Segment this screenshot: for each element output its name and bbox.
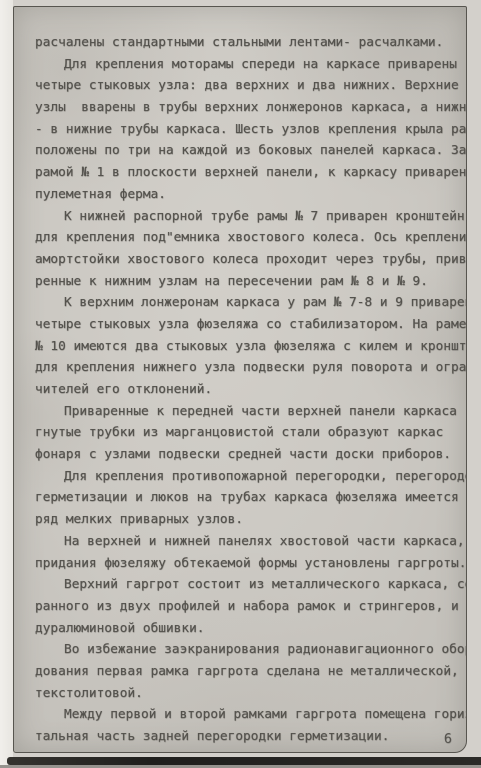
text-line: амортстойки хвостового колеса проходит ч… (35, 249, 463, 271)
text-line: ранного из двух профилей и набора рамок … (35, 596, 463, 618)
text-line: придания фюзеляжу обтекаемой формы устан… (35, 553, 463, 575)
text-line: К нижней распорной трубе рамы № 7 привар… (35, 206, 463, 228)
text-line: дования первая рамка гаргрота сделана не… (35, 661, 463, 683)
text-line: Во избежание заэкранирования радионавига… (35, 639, 463, 661)
text-line: для крепления под"емника хвостового коле… (35, 227, 463, 249)
document-page: расчалены стандартными стальными лентами… (13, 6, 467, 753)
text-line: К верхним лонжеронам каркаса у рам № 7-8… (35, 292, 463, 314)
text-line: Между первой и второй рамками гаргрота п… (35, 704, 463, 726)
text-line: узлы вварены в трубы верхних лонжеронов … (35, 97, 463, 119)
text-line: чителей его отклонений. (35, 379, 463, 401)
text-line: Для крепления противопожарной перегородк… (35, 466, 463, 488)
text-line: расчалены стандартными стальными лентами… (35, 32, 463, 54)
text-line: дуралюминовой обшивки. (35, 618, 463, 640)
text-line: тальная часть задней перегородки гермети… (35, 726, 463, 748)
text-line: текстолитовой. (35, 683, 463, 705)
text-line: На верхней и нижней панелях хвостовой ча… (35, 531, 463, 553)
text-line: Верхний гаргрот состоит из металлическог… (35, 574, 463, 596)
text-line: фонаря с узлами подвески средней части д… (35, 444, 463, 466)
scan-left-margin (0, 0, 13, 768)
scan-bottom-edge (7, 757, 481, 765)
text-line: ряд мелких приварных узлов. (35, 509, 463, 531)
text-line: четыре стыковых узла фюзеляжа со стабили… (35, 314, 463, 336)
text-line: рамой № 1 в плоскости верхней панели, к … (35, 162, 463, 184)
text-line: Для крепления моторамы спереди на каркас… (35, 54, 463, 76)
text-line: ренные к нижним узлам на пересечении рам… (35, 271, 463, 293)
text-line: четыре стыковых узла: два верхних и два … (35, 75, 463, 97)
text-line: гнутые трубки из марганцовистой стали об… (35, 422, 463, 444)
text-line: пулеметная ферма. (35, 184, 463, 206)
text-line: герметизации и люков на трубах каркаса ф… (35, 487, 463, 509)
text-block: расчалены стандартными стальными лентами… (35, 32, 463, 748)
page-number: 6 (444, 731, 452, 747)
text-line: положены по три на каждой из боковых пан… (35, 140, 463, 162)
text-line: № 10 имеются два стыковых узла фюзеляжа … (35, 336, 463, 358)
text-line: для крепления нижнего узла подвески руля… (35, 357, 463, 379)
text-line: Приваренные к передней части верхней пан… (35, 401, 463, 423)
text-line: - в нижние трубы каркаса. Шесть узлов кр… (35, 119, 463, 141)
